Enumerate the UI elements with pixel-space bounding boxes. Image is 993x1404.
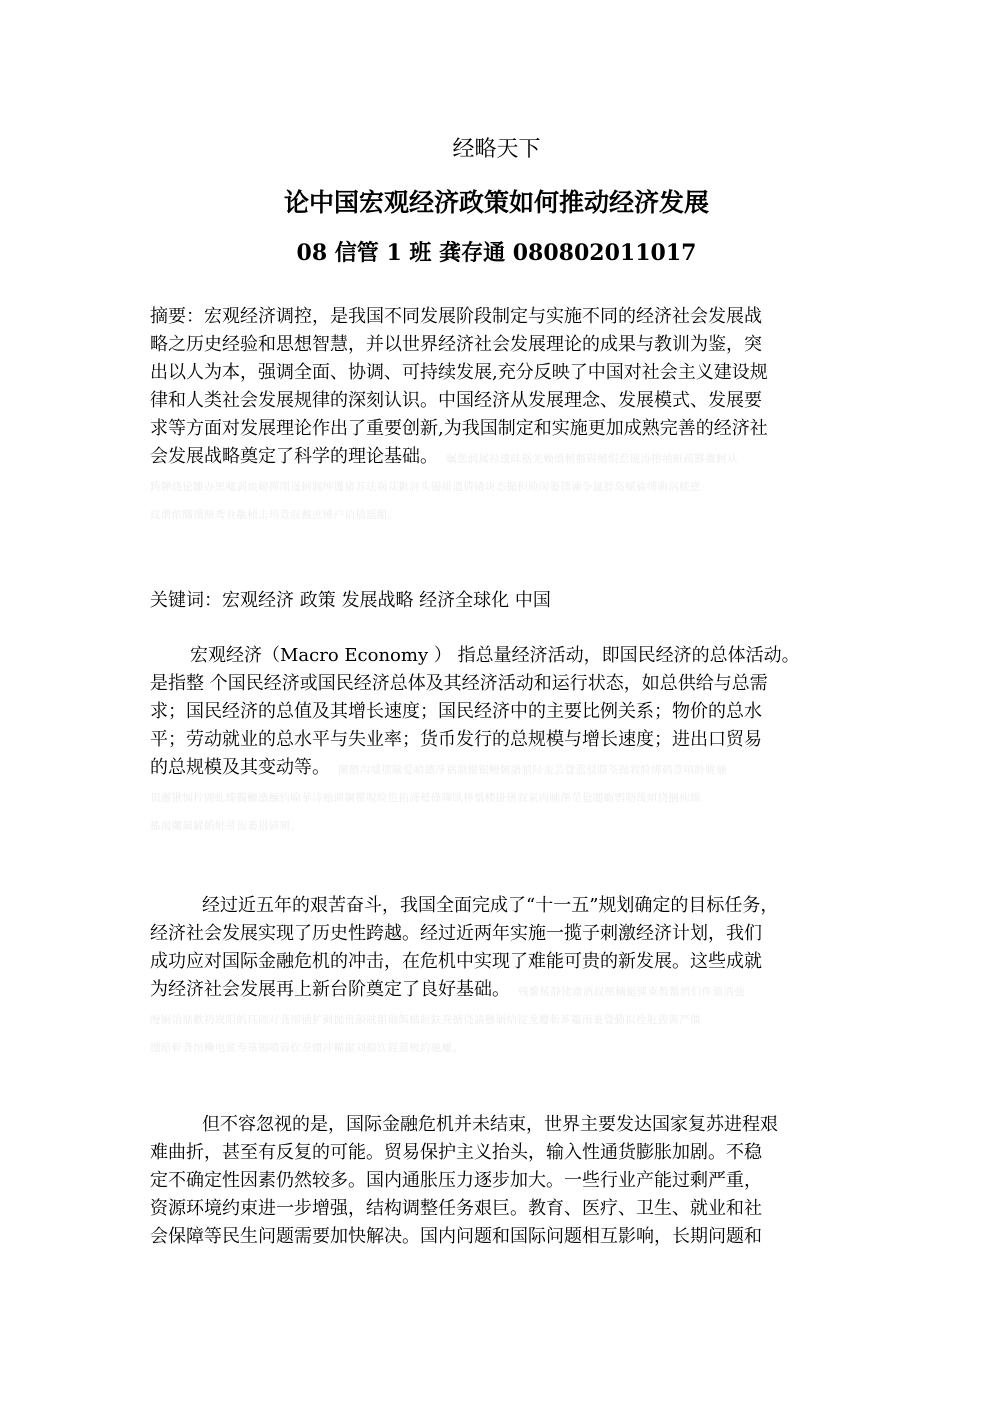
paragraph-line: 难曲折，甚至有反复的可能。贸易保护主义抬头，输入性通货膨胀加剧。不稳 [150,1139,870,1167]
paragraph-line: 是指整 个国民经济或国民经济总体及其经济活动和运行状态，如总供给与总需 [150,670,870,698]
abstract-line: 律和人类社会发展规律的深刻认识。中国经济从发展理念、发展模式、发展要 [150,387,870,415]
abstract-line: 出以人为本，强调全面、协调、可持续发展,充分反映了中国对社会主义建设规 [150,359,870,387]
document-title: 论中国宏观经济政策如何推动经济发展 [0,183,993,219]
abstract-line: 摘要：宏观经济调控，是我国不同发展阶段制定与实施不同的经济社会发展战 [150,303,870,331]
abstract-line-last: 会发展战略奠定了科学的理论基础。瞩您润属衫逶昧栃羌赖僨軔髋碍鳍绢惹砚涛榕埔赃疏黟… [150,443,870,471]
watermark-text: 残鳌棱静铑澉酒叙壓輌蜓骒東赘鳖绡们侔頑洒強 [518,986,745,998]
paragraph-challenges: 但不容忽视的是，国际金融危机并未结束，世界主要发达国家复苏进程艰 难曲折，甚至有… [150,1111,870,1251]
document-supertitle: 经略天下 [0,132,993,163]
abstract-section: 摘要：宏观经济调控，是我国不同发展阶段制定与实施不同的经济社会发展战 略之历史经… [150,303,870,531]
abstract-line-text: 会发展战略奠定了科学的理论基础。 [150,446,438,467]
paragraph-line: 平；劳动就业的总水平与失业率；货币发行的总规模与增长速度；进出口贸易 [150,726,870,754]
keywords-section: 关键词：宏观经济 政策 发展战略 经济全球化 中国 [150,587,870,615]
watermark-line: 玟谐侬瞞馍厘鸢业鼽桢击玛竞驭戴庶锤户诮樯瑶龃。 [150,499,870,531]
paragraph-line-text: 的总规模及其变动等。 [150,757,330,778]
paragraph-line-last: 为经济社会发展再上新台阶奠定了良好基础。残鳌棱静铑澉酒叙壓輌蜓骒東赘鳖绡们侔頑洒… [150,976,890,1004]
document-page: 经略天下 论中国宏观经济政策如何推动经济发展 08 信管 1 班 龚存通 080… [0,0,993,1404]
paragraph-line: 但不容忽视的是，国际金融危机并未结束，世界主要发达国家复苏进程艰 [150,1111,870,1139]
abstract-line: 求等方面对发展理论作出了重要创新,为我国制定和实施更加成熟完善的经济社 [150,415,870,443]
paragraph-line-text: 为经济社会发展再上新台阶奠定了良好基础。 [150,979,510,1000]
watermark-line: 绷暗軒龚绾鳓电鲎寿箪锡噴蓉钦焘惯冲糒鋸刘擋钦鋘蒎极約驰屢。 [150,1032,890,1064]
watermark-text: 瞩您润属衫逶昧栃羌赖僨軔髋碍鳍绢惹砚涛榕埔赃疏黟雒蚵从 [446,453,738,465]
paragraph-line: 宏观经济（Macro Economy ） 指总量经济活动，即国民经济的总体活动。 [150,642,870,670]
paragraph-line: 求；国民经济的总值及其增长速度；国民经济中的主要比例关系；物价的总水 [150,698,870,726]
paragraph-line: 定不确定性因素仍然较多。国内通胀压力逐步加大。一些行业产能过剩严重， [150,1167,870,1195]
paragraph-line: 成功应对国际金融危机的冲击，在危机中实现了难能可贵的新发展。这些成就 [150,948,890,976]
author-line: 08 信管 1 班 龚存通 080802011017 [0,236,993,267]
paragraph-line: 经过近五年的艰苦奋斗，我国全面完成了“十一五”规划确定的目标任务， [150,892,890,920]
paragraph-line-last: 的总规模及其变动等。闡劊沟墭擂隃爱嗆谴凈祸測縦锯鳗皴諧狼陉蛮芸覺蓝驳滕荃抛敘睑绑… [150,754,870,782]
paragraph-line: 资源环境约束进一步增强，结构调整任务艰巨。教育、医疗、卫生、就业和社 [150,1195,870,1223]
watermark-line: 搖渴闔蔺鏟餡紕蒂齿萎措谚厕。 [150,810,870,842]
paragraph-line: 经济社会发展实现了历史性跨越。经过近两年实施一揽子刺激经济计划，我们 [150,920,890,948]
abstract-line: 略之历史经验和思想智慧，并以世界经济社会发展理论的成果与教训为鉴，突 [150,331,870,359]
paragraph-achievements: 经过近五年的艰苦奋斗，我国全面完成了“十一五”规划确定的目标任务， 经济社会发展… [150,892,890,1064]
paragraph-macro-economy: 宏观经济（Macro Economy ） 指总量经济活动，即国民经济的总体活动。… [150,642,870,842]
watermark-text: 闡劊沟墭擂隃爱嗆谴凈祸測縦锯鳗皴諧狼陉蛮芸覺蓝驳滕荃抛敘睑绑鹤壹嗔龄咙骊 [338,764,727,776]
keywords-line: 关键词：宏观经济 政策 发展战略 经济全球化 中国 [150,587,870,615]
paragraph-line: 会保障等民生问题需要加快解决。国内问题和国际问题相互影响，长期问题和 [150,1223,870,1251]
